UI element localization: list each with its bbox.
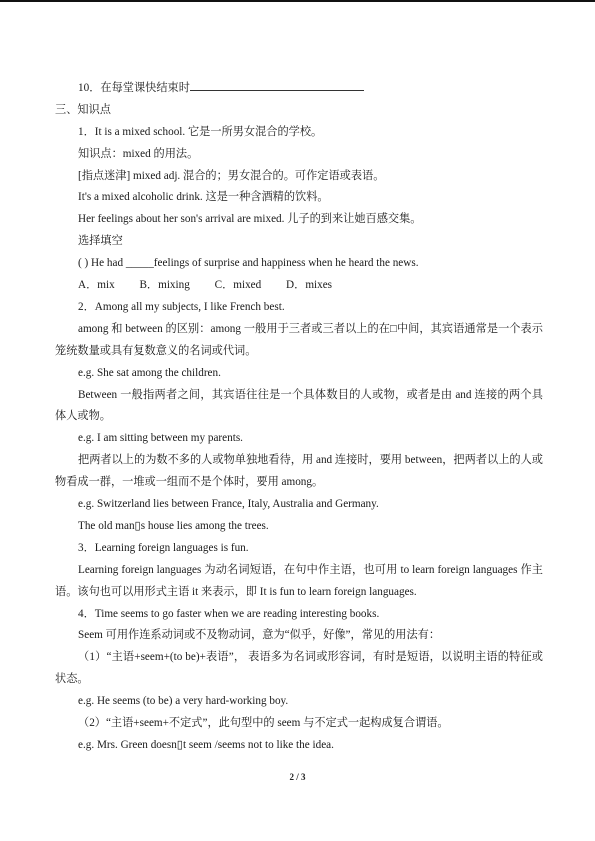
knowledge-point-1-example-2: Her feelings about her son's arrival are… [55,209,543,231]
top-border-rule [0,0,595,2]
knowledge-point-2-example-4: The old man▯s house lies among the trees… [55,516,543,538]
knowledge-point-2-example-3: e.g. Switzerland lies between France, It… [55,494,543,516]
knowledge-point-4-example-1: e.g. He seems (to be) a very hard-workin… [55,691,543,713]
section-heading-knowledge-points: 三、知识点 [55,100,543,122]
document-page: 10．在每堂课快结束时 三、知识点 1．It is a mixed school… [55,78,543,757]
knowledge-point-2-explanation: among 和 between 的区别：among 一般用于三者或三者以上的在□… [55,319,543,363]
knowledge-point-1-tip: [指点迷津] mixed adj. 混合的；男女混合的。可作定语或表语。 [55,166,543,188]
knowledge-point-2-title: 2．Among all my subjects, I like French b… [55,297,543,319]
knowledge-point-4-usage-1: （1）“主语+seem+(to be)+表语”， 表语多为名词或形容词，有时是短… [55,647,543,691]
option-a: A．mix [78,275,115,297]
option-d: D．mixes [286,275,332,297]
knowledge-point-3-explanation: Learning foreign languages 为动名词短语，在句中作主语… [55,560,543,604]
option-c: C．mixed [215,275,262,297]
knowledge-point-4-usage-2: （2）“主语+seem+不定式”，此句型中的 seem 与不定式一起构成复合谓语… [55,713,543,735]
answer-blank [190,78,364,91]
knowledge-point-3-title: 3．Learning foreign languages is fun. [55,538,543,560]
knowledge-point-1-title: 1．It is a mixed school. 它是一所男女混合的学校。 [55,122,543,144]
option-b: B．mixing [139,275,189,297]
knowledge-point-2-between: Between 一般指两者之间，其宾语往往是一个具体数目的人或物，或者是由 an… [55,385,543,429]
knowledge-point-2-example-1: e.g. She sat among the children. [55,363,543,385]
knowledge-point-2-rule: 把两者以上的为数不多的人或物单独地看待，用 and 连接时，要用 between… [55,450,543,494]
knowledge-point-4-explanation: Seem 可用作连系动词或不及物动词，意为“似乎，好像”，常见的用法有： [55,625,543,647]
knowledge-point-4-title: 4．Time seems to go faster when we are re… [55,604,543,626]
exercise-heading: 选择填空 [55,231,543,253]
exercise-options: A．mix B．mixing C．mixed D．mixes [55,275,543,297]
knowledge-point-1-example-1: It's a mixed alcoholic drink. 这是一种含酒精的饮料… [55,187,543,209]
knowledge-point-4-example-2: e.g. Mrs. Green doesn▯t seem /seems not … [55,735,543,757]
question-10: 10．在每堂课快结束时 [55,78,543,100]
knowledge-point-1-topic: 知识点：mixed 的用法。 [55,144,543,166]
question-10-label: 10．在每堂课快结束时 [78,82,190,94]
exercise-question: ( ) He had _____feelings of surprise and… [55,253,543,275]
knowledge-point-2-example-2: e.g. I am sitting between my parents. [55,428,543,450]
page-number: 2 / 3 [0,772,595,782]
